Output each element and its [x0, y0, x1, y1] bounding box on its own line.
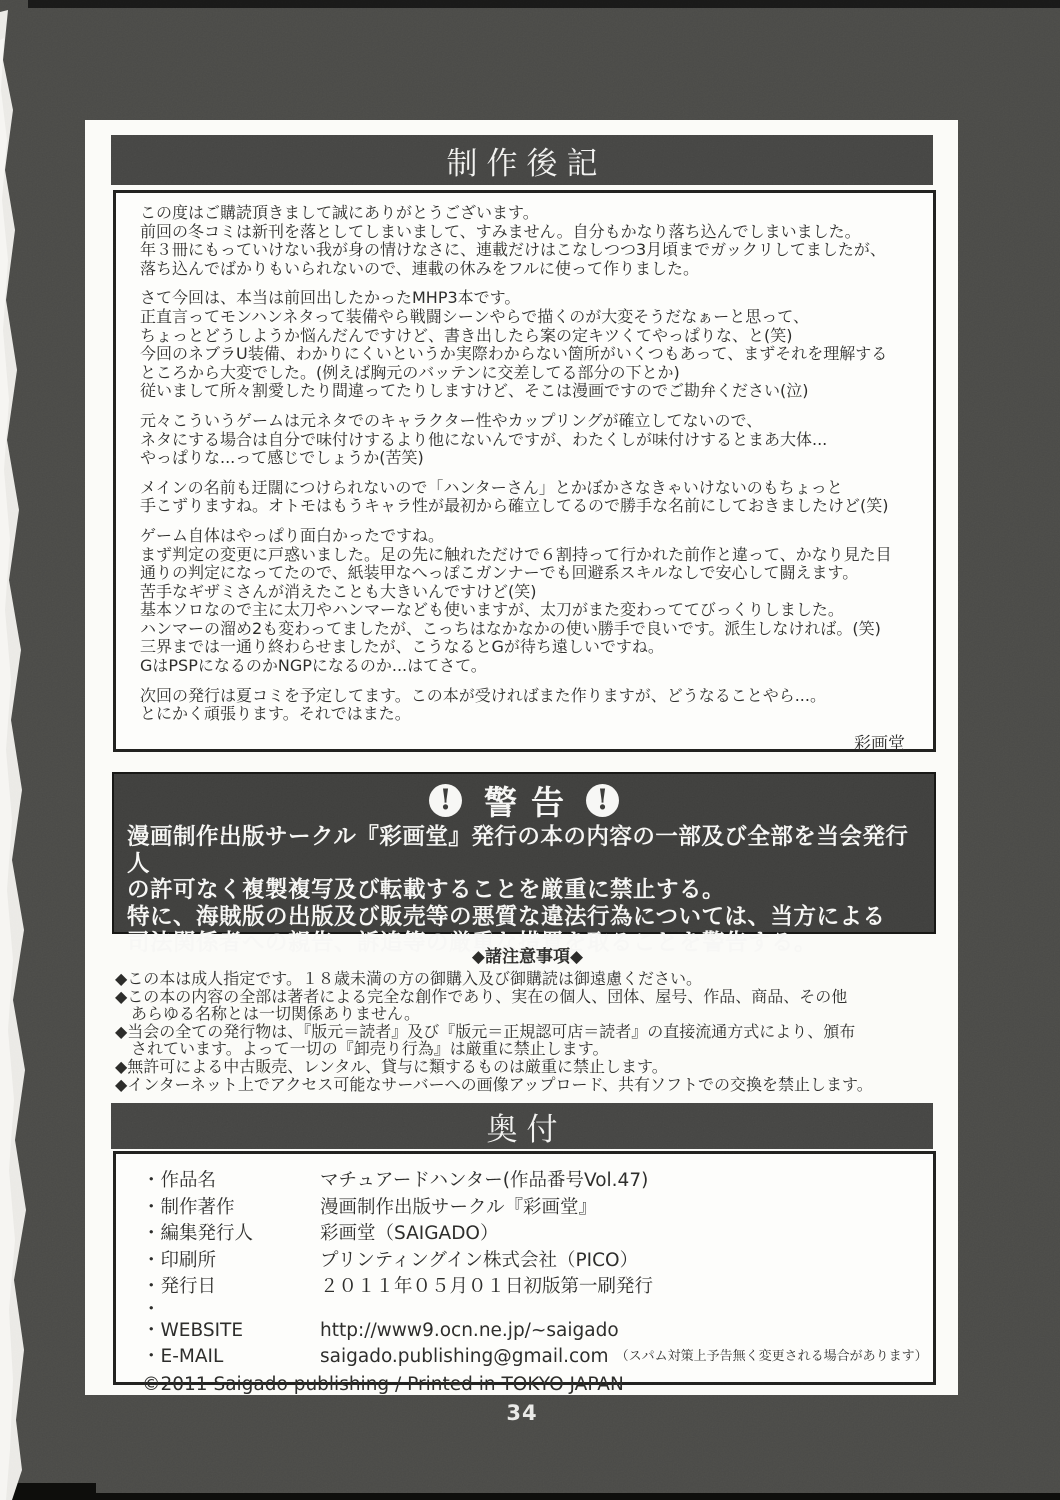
colophon-row-label: ・WEBSITE: [142, 1318, 320, 1345]
colophon-row-label: ・発行日: [142, 1274, 320, 1301]
afterword-paragraph: さて今回は、本当は前回出したかったMHP3本です。 正直言ってモンハンネタって装…: [140, 289, 917, 401]
afterword-paragraph: この度はご購読頂きまして誠にありがとうございます。 前回の冬コミは新刊を落として…: [140, 204, 917, 278]
exclamation-icon: !: [429, 784, 462, 817]
colophon-row: ・制作著作 漫画制作出版サークル『彩画堂』: [142, 1195, 933, 1222]
afterword-body: この度はご購読頂きまして誠にありがとうございます。 前回の冬コミは新刊を落として…: [113, 190, 936, 752]
notice-item: ◆この本の内容の全部は著者による完全な創作であり、実在の個人、団体、屋号、作品、…: [115, 988, 940, 1023]
notice-item: ◆インターネット上でアクセス可能なサーバーへの画像アップロード、共有ソフトでの交…: [115, 1076, 940, 1094]
page-number: 34: [0, 1401, 1044, 1425]
warning-title-row: ! 警告 !: [114, 777, 934, 823]
email-note: （スパム対策上予告無く変更される場合があります）: [609, 1344, 928, 1371]
copyright-line: ©2011 Saigado publishing / Printed in TO…: [142, 1372, 933, 1399]
colophon-row-value: 漫画制作出版サークル『彩画堂』: [320, 1195, 597, 1222]
scanned-page: 制作後記 この度はご購読頂きまして誠にありがとうございます。 前回の冬コミは新刊…: [0, 0, 1060, 1500]
colophon-row: ・: [142, 1301, 933, 1318]
colophon-row-value: マチュアードハンター(作品番号Vol.47): [320, 1168, 648, 1195]
colophon-row-value: 彩画堂（SAIGADO）: [320, 1221, 499, 1248]
colophon-row-label: ・: [142, 1301, 320, 1318]
warning-title: 警告: [470, 777, 578, 824]
colophon-row: ・編集発行人 彩画堂（SAIGADO）: [142, 1221, 933, 1248]
colophon-row: ・発行日 ２０１１年０５月０１日初版第一刷発行: [142, 1274, 933, 1301]
scan-edge-bottom: [0, 1493, 1060, 1500]
afterword-title-banner: 制作後記: [111, 135, 933, 185]
notice-item: ◆無許可による中古販売、レンタル、貸与に類するものは厳重に禁止します。: [115, 1058, 940, 1076]
notice-item: ◆当会の全ての発行物は、『版元＝読者』及び『版元＝正規認可店＝読者』の直接流通方…: [115, 1023, 940, 1058]
colophon-row: ・WEBSITE http://www9.ocn.ne.jp/~saigado: [142, 1318, 933, 1345]
colophon-body: ・作品名 マチュアードハンター(作品番号Vol.47) ・制作著作 漫画制作出版…: [113, 1151, 936, 1385]
notice-item: ◆この本は成人指定です。１８歳未満の方の御購入及び御購読は御遠慮ください。: [115, 970, 940, 988]
afterword-paragraph: 元々こういうゲームは元ネタでのキャラクター性やカップリングが確立してないので、 …: [140, 412, 917, 468]
colophon-row-label: ・印刷所: [142, 1248, 320, 1275]
content-sheet: 制作後記 この度はご購読頂きまして誠にありがとうございます。 前回の冬コミは新刊…: [85, 120, 958, 1395]
notices-heading: ◆諸注意事項◆: [115, 942, 940, 967]
scan-edge-top: [28, 0, 1060, 8]
colophon-row: ・印刷所 プリンティングイン株式会社（PICO）: [142, 1248, 933, 1275]
author-signature: 彩画堂: [140, 735, 917, 754]
torn-paper-edge: [0, 0, 30, 1500]
warning-text: 漫画制作出版サークル『彩画堂』発行の本の内容の一部及び全部を当会発行人 の許可な…: [114, 823, 934, 957]
colophon-row-value: ２０１１年０５月０１日初版第一刷発行: [320, 1274, 653, 1301]
email-address: saigado.publishing@gmail.com: [320, 1344, 609, 1371]
colophon-title: 奥付: [478, 1104, 567, 1149]
website-url: http://www9.ocn.ne.jp/~saigado: [320, 1318, 619, 1345]
colophon-row: ・E-MAIL saigado.publishing@gmail.com （スパ…: [142, 1344, 933, 1371]
colophon-row: ・作品名 マチュアードハンター(作品番号Vol.47): [142, 1168, 933, 1195]
colophon-title-banner: 奥付: [111, 1103, 933, 1149]
notices-section: ◆諸注意事項◆ ◆この本は成人指定です。１８歳未満の方の御購入及び御購読は御遠慮…: [115, 942, 940, 1093]
colophon-row-label: ・制作著作: [142, 1195, 320, 1222]
colophon-row-label: ・E-MAIL: [142, 1344, 320, 1371]
afterword-paragraph: ゲーム自体はやっぱり面白かったですね。 まず判定の変更に戸惑いました。足の先に触…: [140, 527, 917, 676]
afterword-paragraph: 次回の発行は夏コミを予定してます。この本が受ければまた作りますが、どうなることや…: [140, 687, 917, 724]
afterword-title: 制作後記: [438, 138, 607, 183]
warning-panel: ! 警告 ! 漫画制作出版サークル『彩画堂』発行の本の内容の一部及び全部を当会発…: [112, 772, 936, 934]
exclamation-icon: !: [586, 784, 619, 817]
afterword-paragraph: メインの名前も迂闊につけられないので「ハンターさん」とかぼかさなきゃいけないのも…: [140, 479, 917, 516]
colophon-row-label: ・編集発行人: [142, 1221, 320, 1248]
colophon-row-label: ・作品名: [142, 1168, 320, 1195]
colophon-row-value: プリンティングイン株式会社（PICO）: [320, 1248, 638, 1275]
